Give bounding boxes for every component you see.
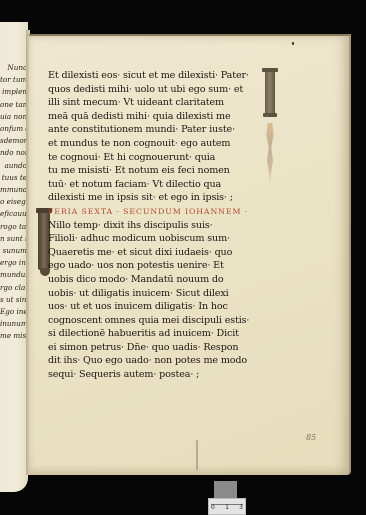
photo-scene: Nunc tor tum implen one tam uia non onfu… [0,0,366,515]
left-text-line: tor tum [0,74,28,86]
text-line: Filioli· adhuc modicum uobiscum sum· [48,232,263,246]
text-line: tu me misisti· Et notum eis feci nomen [48,164,263,178]
scale-ruler: 0 1 3 [208,498,246,515]
left-text-line: aundo [0,160,28,172]
rubric-heading: FERIA SEXTA · SECUNDUM IOHANNEM · [48,205,263,219]
left-text-line: rgo clan [0,282,28,294]
left-text-line: inunum [0,318,28,330]
text-line: tuū· et notum faciam· Vt dilectio qua [48,178,263,192]
text-line: quos dedisti mihi· uolo ut ubi ego sum· … [48,83,263,97]
text-line: Quaeretis me· et sicut dixi iudaeis· quo [48,246,263,260]
text-line: illi sint mecum· Vt uideant claritatem [48,96,263,110]
text-line: cognoscent omnes quia mei discipuli esti… [48,314,263,328]
ruler-label: 0 [211,504,215,511]
left-text-line: Ego inei [0,306,28,318]
text-line: et mundus te non cognouit· ego autem [48,137,263,151]
text-line: ei simon petrus· Dn̄e· quo uadis· Respon [48,341,263,355]
ruler-label: 1 [225,504,229,511]
color-reference-patch [214,481,237,498]
left-text-line: rogo tan [0,221,28,233]
text-line: sequi· Sequeris autem· postea· ; [48,368,263,382]
text-line: ante constitutionem mundi· Pater iuste· [48,123,263,137]
left-text-line: ndo non [0,147,28,159]
text-line: ego uado· uos non potestis uenire· Et [48,259,263,273]
text-line: si dilectionē habueritis ad inuicem· Dic… [48,327,263,341]
text-line: meā quā dedisti mihi· quia dilexisti me [48,110,263,124]
text-line: uos· ut et uos inuicem diligatis· In hoc [48,300,263,314]
ruler-labels: 0 1 3 [211,504,243,511]
left-text-line: eficauum [0,208,28,220]
left-text-line: sunum [0,245,28,257]
text-line: dilexisti me in ipsis sit· et ego in ips… [48,191,263,205]
left-text-line: sdemona [0,135,28,147]
ruler-label: 3 [239,504,243,511]
left-text-line: mundus [0,269,28,281]
left-text-line: onfum de [0,123,28,135]
left-text-line: tuus te [0,172,28,184]
text-line: Nillo temp· dixit ihs discipulis suis· [48,219,263,233]
left-text-line: uia non [0,111,28,123]
left-text-line: one tam [0,99,28,111]
folio-number: 85 [306,433,316,442]
ink-dot-mark [292,42,294,45]
left-text-line: me missib [0,330,28,342]
manuscript-text: Et dilexisti eos· sicut et me dilexisti·… [48,69,263,382]
left-text-line: ergo ine [0,257,28,269]
left-page-text: Nunc tor tum implen one tam uia non onfu… [0,62,28,343]
left-text-line: n sunt in [0,233,28,245]
left-text-line: Nunc [0,62,28,74]
left-page-edge: Nunc tor tum implen one tam uia non onfu… [0,22,28,492]
left-text-line: o eisego [0,196,28,208]
pencil-mark [196,440,198,470]
left-text-line: mmundus [0,184,28,196]
text-line: te cognoui· Et hi cognouerunt· quia [48,151,263,165]
left-text-line: s ut sinc [0,294,28,306]
text-line: dit ihs· Quo ego uado· non potes me modo [48,354,263,368]
text-line: uobis dico modo· Mandatū nouum do [48,273,263,287]
text-line: Et dilexisti eos· sicut et me dilexisti·… [48,69,263,83]
decorated-initial-i-icon [265,70,275,115]
text-line: uobis· ut diligatis inuicem· Sicut dilex… [48,287,263,301]
left-text-line: implen [0,86,28,98]
